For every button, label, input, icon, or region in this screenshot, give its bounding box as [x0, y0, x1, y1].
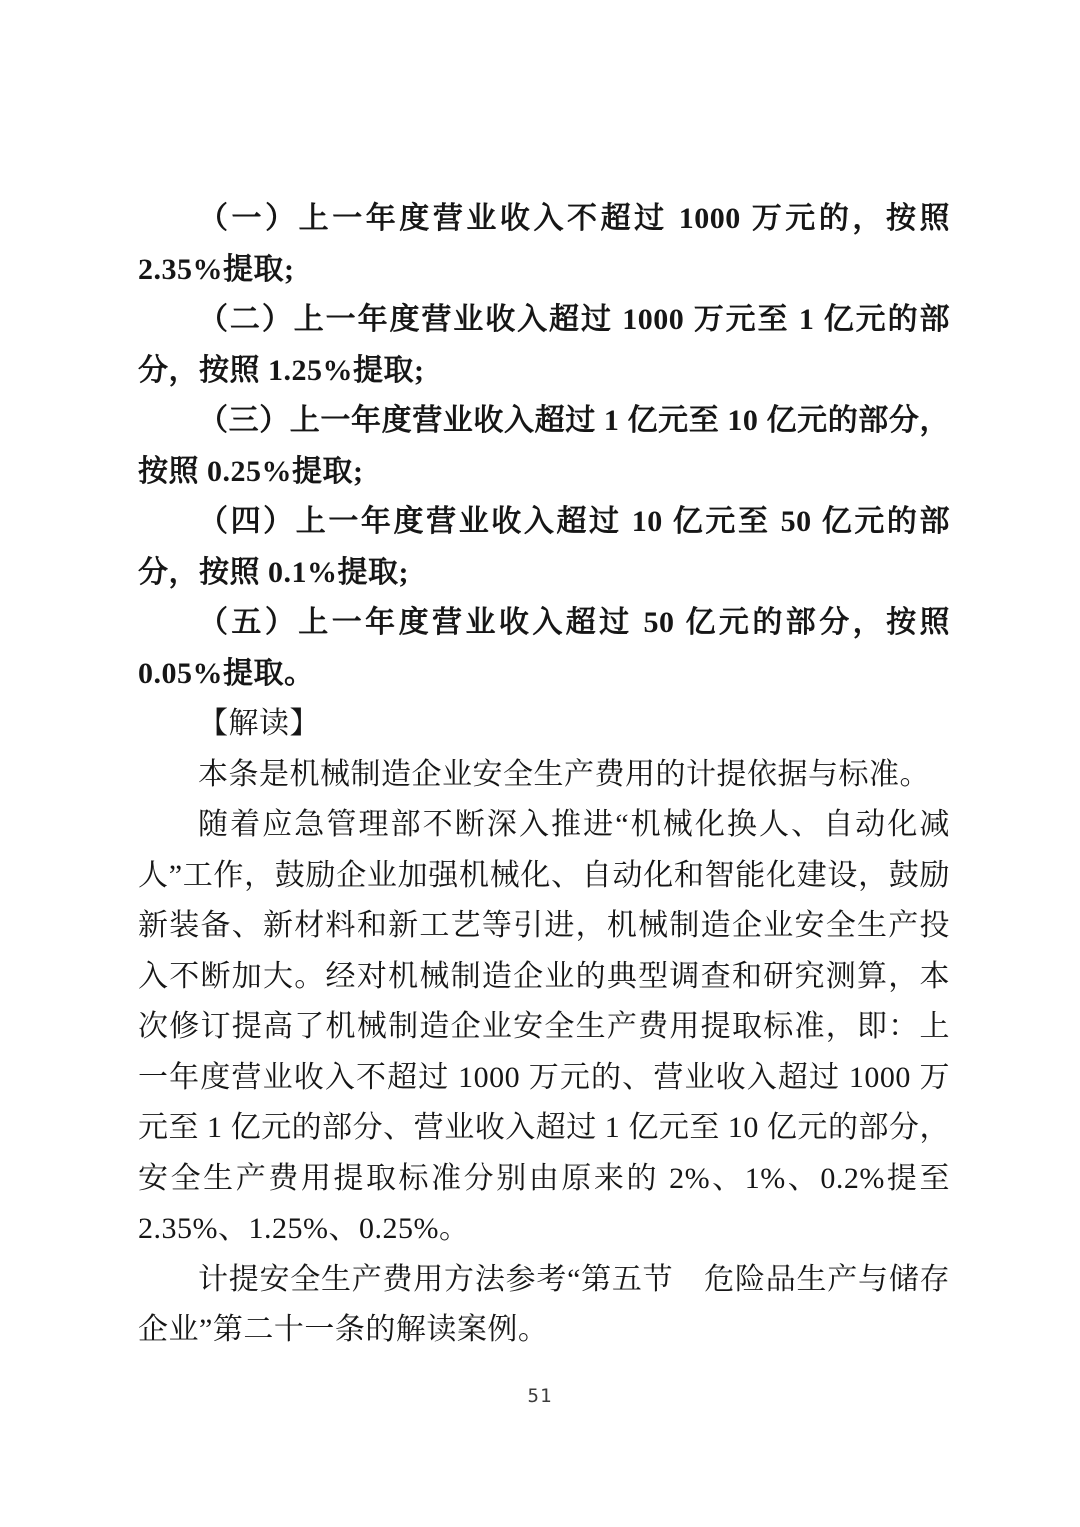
- interpretation-label: 【解读】: [138, 699, 950, 750]
- clause-item-5: （五）上一年度营业收入超过 50 亿元的部分，按照 0.05%提取。: [138, 598, 950, 699]
- clause-item-1: （一）上一年度营业收入不超过 1000 万元的，按照 2.35%提取;: [138, 194, 950, 295]
- document-page: （一）上一年度营业收入不超过 1000 万元的，按照 2.35%提取; （二）上…: [0, 0, 1080, 1527]
- interpretation-summary: 本条是机械制造企业安全生产费用的计提依据与标准。: [138, 750, 950, 801]
- clause-item-2: （二）上一年度营业收入超过 1000 万元至 1 亿元的部分，按照 1.25%提…: [138, 295, 950, 396]
- clause-item-3: （三）上一年度营业收入超过 1 亿元至 10 亿元的部分，按照 0.25%提取;: [138, 396, 950, 497]
- clause-item-4: （四）上一年度营业收入超过 10 亿元至 50 亿元的部分，按照 0.1%提取;: [138, 497, 950, 598]
- interpretation-body: 随着应急管理部不断深入推进“机械化换人、自动化减人”工作，鼓励企业加强机械化、自…: [138, 800, 950, 1255]
- page-number: 51: [0, 1385, 1080, 1407]
- document-body: （一）上一年度营业收入不超过 1000 万元的，按照 2.35%提取; （二）上…: [138, 194, 950, 1356]
- interpretation-reference: 计提安全生产费用方法参考“第五节 危险品生产与储存企业”第二十一条的解读案例。: [138, 1255, 950, 1356]
